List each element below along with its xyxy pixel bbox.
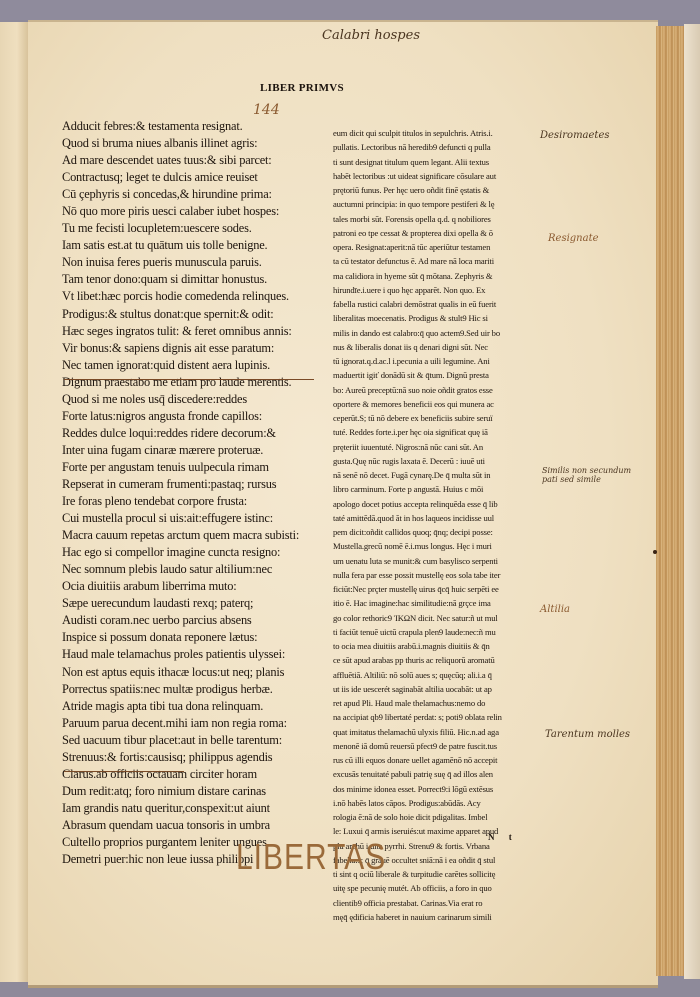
text-line: apologo docet potius accepta relinquēda … [333,497,545,511]
text-line: quat imitatus thelamachū ulyxis filiū. H… [333,725,545,739]
text-line: opera. Resignat:aperit:nā tūc aperiūtur … [333,240,545,254]
text-line: libro carminum. Forte p angustā. Huius c… [333,482,545,496]
text-line: affluētiā. Altiliū: nō solū aues s; quęc… [333,668,545,682]
text-line: auctumni principia: in quo tempore pesti… [333,197,545,211]
text-line: Vir bonus:& sapiens dignis ait esse para… [62,340,332,357]
text-line: Vt libet:hæc porcis hodie comedenda reli… [62,288,332,305]
text-line: oportere & memores beneficii eos qui mun… [333,397,545,411]
text-line: Forte per angustam tenuis uulpecula rima… [62,459,332,476]
text-line: Hæc seges ingratos tulit: & feret omnibu… [62,323,332,340]
text-line: Clarus.ab officiis octauam circiter hora… [62,766,332,783]
text-line: rologia ē:nā de solo hoie dicit pdigalit… [333,810,545,824]
text-line: ut iis ide uescerét saginabāt altilia uo… [333,682,545,696]
text-line: nulla fera par esse possit mustellę eos … [333,568,545,582]
text-line: Contractusq; leget te dulcis amice reuis… [62,169,332,186]
text-line: clientib9 officia prestabat. Carinas.Via… [333,896,545,910]
text-line: ceperūt.S; tū nō debere ex beneficiis su… [333,411,545,425]
signature-mark: N t [488,832,518,842]
margin-note-1: Desiromaetes [540,130,610,141]
text-line: Adducit febres:& testamenta resignat. [62,118,332,135]
text-line: Nec somnum plebis laudo satur altilium:n… [62,561,332,578]
text-line: ficiūt:Nec prçter mustellę uirus q̄cq̄ h… [333,582,545,596]
text-line: patroni eo tpe cessat & propterea dixi o… [333,226,545,240]
text-line: Inter uina fugam cinaræ mærere proteruæ. [62,442,332,459]
text-line: ti sunt designat titulum quem legant. Al… [333,155,545,169]
text-line: Forte latus:nigros angusta fronde capill… [62,408,332,425]
text-line: Quod si bruma niues albanis illinet agri… [62,135,332,152]
folio-annotation: 144 [253,102,280,118]
text-line: ce sūt apud arabas pp thuris ac reliquor… [333,653,545,667]
text-line: Macra cauum repetas arctum quem macra su… [62,527,332,544]
text-line: gusta.Quę nūc rugis laxata ē. Decerū : i… [333,454,545,468]
text-line: eum dicit qui sculpit titulos in sepulch… [333,126,545,140]
verse-column: Adducit febres:& testamenta resignat.Quo… [62,118,332,868]
scan-background-top [0,0,700,20]
text-line: Nō quo more piris uesci calaber iubet ho… [62,203,332,220]
text-line: liberalitas moecenatis. Prodigus & stult… [333,311,545,325]
bottom-annotation: LIBERTAS [236,838,386,879]
text-line: ta cū testator defunctus ē. Ad mare nā l… [333,254,545,268]
text-line: Porrectus spatiis:nec multæ prodigus her… [62,681,332,698]
text-line: dos minime idonea esset. Porrect9:i lōgū… [333,782,545,796]
text-line: Audisti coram.nec uerbo parcius absens [62,612,332,629]
commentary-column: eum dicit qui sculpit titulos in sepulch… [333,126,545,924]
text-line: pręteriit iuuentuté. Nigros:nā nūc cani … [333,440,545,454]
page-stack-edge [656,26,684,976]
text-line: Abrasum quendam uacua tonsoris in umbra [62,817,332,834]
ink-underline [64,771,184,772]
text-line: hirundīe.i.uere i quo hęc apparēt. Non q… [333,283,545,297]
text-line: Sed uacuum tibur placet:aut in belle tar… [62,732,332,749]
text-line: Mustella.grecū nomē ē.i.mus longus. Hęc … [333,539,545,553]
text-line: pullatis. Lectoribus nā heredib9 defunct… [333,140,545,154]
text-line: pem dicit:oñdit callidos quoq; q̄nq; dec… [333,525,545,539]
text-line: Iam grandis natu queritur,conspexit:ut a… [62,800,332,817]
text-line: bo: Aureū preceptū:nā suo noie oñdit gra… [333,383,545,397]
text-line: Prodigus:& stultus donat:que spernit:& o… [62,306,332,323]
text-line: Atride magis apta tibi tua dona relinqua… [62,698,332,715]
text-line: ma calidiora in hyeme sūt q̄ mōtana. Zep… [333,269,545,283]
text-line: Dignum praestabo me etiam pro laude mere… [62,374,332,391]
text-line: męq̄ ędificia haberet in nauium carinaru… [333,910,545,924]
text-line: rus cū illi equos donare uellet agamēnō … [333,753,545,767]
facing-page-edge [0,22,29,982]
text-line: prętoriū funus. Per hęc uero oñdit finē … [333,183,545,197]
text-line: tū ignorat.q.d.ac.l i.pecunia a uili leg… [333,354,545,368]
text-line: Repserat in cumeram frumenti:pastaq; rur… [62,476,332,493]
text-line: go color rethoric9 ἸΚΩΝ dicit. Nec satur… [333,611,545,625]
text-line: Paruum parua decent.mihi iam non regia r… [62,715,332,732]
text-line: Haud male telamachus proles patientis ul… [62,646,332,663]
text-line: Ire foras pleno tendebat corpore frusta: [62,493,332,510]
text-line: Hac ego si compellor imagine cuncta resi… [62,544,332,561]
text-line: menonē iā domū reuersū pfect9 de patre f… [333,739,545,753]
text-line: Dum redit:atq; foro nimium distare carin… [62,783,332,800]
text-line: Tam tenor dono:quam si dimittar honustus… [62,271,332,288]
text-line: maduertit igiť donādū sit & q̄tum. Dignū… [333,368,545,382]
page-header: LIBER PRIMVS [260,82,344,94]
text-line: Cui mustella procul si uis:ait:effugere … [62,510,332,527]
text-line: tales morbi sūt. Forensis opella q.d. q … [333,212,545,226]
ink-underline [64,379,314,380]
text-line: Non est aptus equis ithacæ locus:ut neq;… [62,664,332,681]
ink-spot [653,550,657,554]
margin-note-5: Tarentum molles [545,729,630,740]
text-line: Tu me fecisti locupletem:uescere sodes. [62,220,332,237]
text-line: Reddes dulce loqui:reddes ridere decorum… [62,425,332,442]
text-line: um uenatu luta se munit:& cum basylisco … [333,554,545,568]
top-annotation: Calabri hospes [322,28,420,43]
text-line: Cū çephyris si concedas,& hirundine prim… [62,186,332,203]
text-line: na accipiat qb9 libertaté perdat: s; pot… [333,710,545,724]
text-line: uitę spe pecunię mutét. Ab officiis, a f… [333,881,545,895]
text-line: tuté. Reddes forte.i.per hęc oia signifi… [333,425,545,439]
margin-note-3: Similis non secundum pati sed simile [542,466,632,484]
text-line: ti faciūt tenuē uictū crapula plen9 laud… [333,625,545,639]
text-line: milis in dando est calabro:q̄ quo actem9… [333,326,545,340]
binding-edge [684,24,700,979]
text-line: Quod si me noles usq̄ discedere:reddes [62,391,332,408]
text-line: habēt lectoribus :ut uideat significare … [333,169,545,183]
text-line: i.nō habēs latos cāpos. Prodigus:abūdās.… [333,796,545,810]
text-line: fabella rustici calabri demōstrat qualis… [333,297,545,311]
text-line: to ocia mea diuitiis arabū.i.magnis diui… [333,639,545,653]
text-line: itio ē. Hac imagine:hac similitudie:nā g… [333,596,545,610]
margin-note-2: Resignate [548,233,599,244]
text-line: taté amittēdā.quod ăt in hos laqueos inc… [333,511,545,525]
text-line: Inspice si possum donata reponere lætus: [62,629,332,646]
text-line: Sæpe uerecundum laudasti rexq; paterq; [62,595,332,612]
text-line: excusās tenuitaté pabuli patrię suę q̄ a… [333,767,545,781]
text-line: Strenuus:& fortis:causisq; philippus age… [62,749,332,766]
text-line: Iam satis est.at tu quātum uis tolle ben… [62,237,332,254]
text-line: Nec tamen ignorat:quid distent aera lupi… [62,357,332,374]
text-line: ret apud Pli. Haud male thelamachus:nemo… [333,696,545,710]
text-line: Non inuisa feres pueris munuscula paruis… [62,254,332,271]
text-line: Ocia diuitiis arabum liberrima muto: [62,578,332,595]
margin-note-4: Altilia [540,604,570,615]
text-line: nus & liberalis donat iis q denari digni… [333,340,545,354]
text-line: nā senē nō decet. Fugā cynarę.De q̄ mult… [333,468,545,482]
text-line: Ad mare descendet uates tuus:& sibi parc… [62,152,332,169]
